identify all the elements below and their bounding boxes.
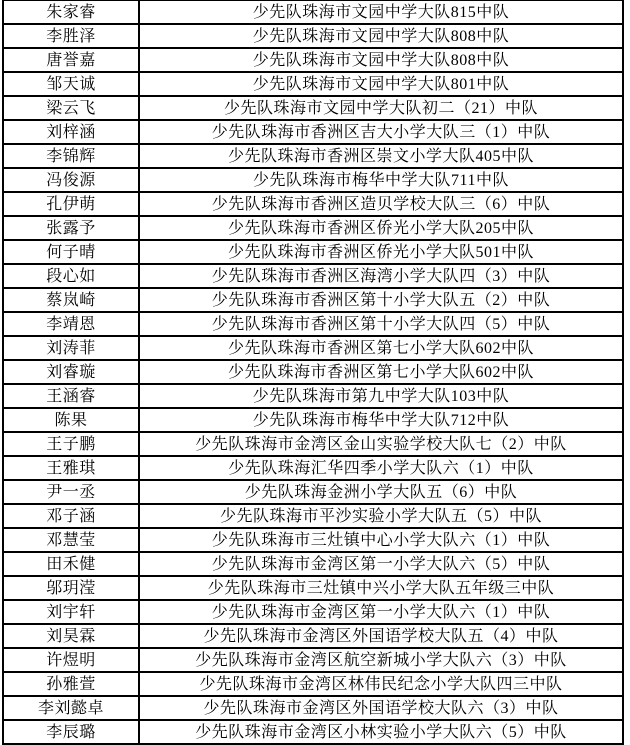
member-unit-cell: 少先队珠海市文园中学大队815中队 (140, 1, 624, 25)
member-unit-cell: 少先队珠海市香洲区侨光小学大队205中队 (140, 217, 624, 241)
member-unit-cell: 少先队珠海市金湾区航空新城小学大队六（3）中队 (140, 649, 624, 673)
member-unit-cell: 少先队珠海金洲小学大队五（6）中队 (140, 481, 624, 505)
member-unit-cell: 少先队珠海市香洲区第十小学大队四（5）中队 (140, 313, 624, 337)
member-name-cell: 李胜泽 (4, 25, 140, 49)
member-unit-cell: 少先队珠海市文园中学大队801中队 (140, 73, 624, 97)
member-unit-cell: 少先队珠海市文园中学大队808中队 (140, 49, 624, 73)
member-name-cell: 李辰璐 (4, 721, 140, 745)
member-unit-cell: 少先队珠海市文园中学大队808中队 (140, 25, 624, 49)
member-unit-cell: 少先队珠海市三灶镇中心小学大队六（1）中队 (140, 529, 624, 553)
member-name-cell: 张露予 (4, 217, 140, 241)
member-name-cell: 刘宇轩 (4, 601, 140, 625)
roster-table: 朱家睿 少先队珠海市文园中学大队815中队 李胜泽 少先队珠海市文园中学大队80… (2, 0, 624, 745)
member-unit-cell: 少先队珠海市金湾区第一小学大队六（1）中队 (140, 601, 624, 625)
member-unit-cell: 少先队珠海市香洲区侨光小学大队501中队 (140, 241, 624, 265)
member-name-cell: 梁云飞 (4, 97, 140, 121)
member-name-cell: 段心如 (4, 265, 140, 289)
member-unit-cell: 少先队珠海市香洲区造贝学校大队三（6）中队 (140, 193, 624, 217)
member-unit-cell: 少先队珠海市第九中学大队103中队 (140, 385, 624, 409)
member-name-cell: 刘睿璇 (4, 361, 140, 385)
member-name-cell: 冯俊源 (4, 169, 140, 193)
member-unit-cell: 少先队珠海市文园中学大队初二（21）中队 (140, 97, 624, 121)
member-unit-cell: 少先队珠海市香洲区崇文小学大队405中队 (140, 145, 624, 169)
member-name-cell: 刘涛菲 (4, 337, 140, 361)
member-unit-cell: 少先队珠海市香洲区第七小学大队602中队 (140, 337, 624, 361)
member-unit-cell: 少先队珠海市金湾区外国语学校大队六（3）中队 (140, 697, 624, 721)
member-unit-cell: 少先队珠海市香洲区海湾小学大队四（3）中队 (140, 265, 624, 289)
member-name-cell: 何子晴 (4, 241, 140, 265)
member-name-cell: 邬玥滢 (4, 577, 140, 601)
member-name-cell: 邓慧莹 (4, 529, 140, 553)
member-name-cell: 李刘懿卓 (4, 697, 140, 721)
member-name-cell: 李靖恩 (4, 313, 140, 337)
member-unit-cell: 少先队珠海市梅华中学大队711中队 (140, 169, 624, 193)
member-unit-cell: 少先队珠海市平沙实验小学大队五（5）中队 (140, 505, 624, 529)
member-unit-cell: 少先队珠海市金湾区第一小学大队六（5）中队 (140, 553, 624, 577)
member-name-cell: 刘昊霖 (4, 625, 140, 649)
member-name-cell: 邓子涵 (4, 505, 140, 529)
member-unit-cell: 少先队珠海市金湾区外国语学校大队五（4）中队 (140, 625, 624, 649)
member-unit-cell: 少先队珠海市香洲区吉大小学大队三（1）中队 (140, 121, 624, 145)
member-name-cell: 邹天诚 (4, 73, 140, 97)
member-unit-cell: 少先队珠海市金湾区小林实验小学大队六（5）中队 (140, 721, 624, 745)
member-name-cell: 蔡岚崎 (4, 289, 140, 313)
member-name-cell: 孔伊萌 (4, 193, 140, 217)
member-name-cell: 孙雅萱 (4, 673, 140, 697)
member-name-cell: 许煜明 (4, 649, 140, 673)
member-unit-cell: 少先队珠海市金湾区林伟民纪念小学大队四三中队 (140, 673, 624, 697)
member-unit-cell: 少先队珠海市金湾区金山实验学校大队七（2）中队 (140, 433, 624, 457)
member-name-cell: 李锦辉 (4, 145, 140, 169)
member-unit-cell: 少先队珠海汇华四季小学大队六（1）中队 (140, 457, 624, 481)
member-name-cell: 陈果 (4, 409, 140, 433)
member-unit-cell: 少先队珠海市三灶镇中兴小学大队五年级三中队 (140, 577, 624, 601)
member-unit-cell: 少先队珠海市香洲区第七小学大队602中队 (140, 361, 624, 385)
member-name-cell: 唐誉嘉 (4, 49, 140, 73)
member-name-cell: 刘梓涵 (4, 121, 140, 145)
member-unit-cell: 少先队珠海市梅华中学大队712中队 (140, 409, 624, 433)
member-name-cell: 朱家睿 (4, 1, 140, 25)
member-name-cell: 王涵睿 (4, 385, 140, 409)
member-unit-cell: 少先队珠海市香洲区第十小学大队五（2）中队 (140, 289, 624, 313)
member-name-cell: 王雅琪 (4, 457, 140, 481)
member-name-cell: 王子鹏 (4, 433, 140, 457)
member-name-cell: 田禾健 (4, 553, 140, 577)
member-name-cell: 尹一丞 (4, 481, 140, 505)
